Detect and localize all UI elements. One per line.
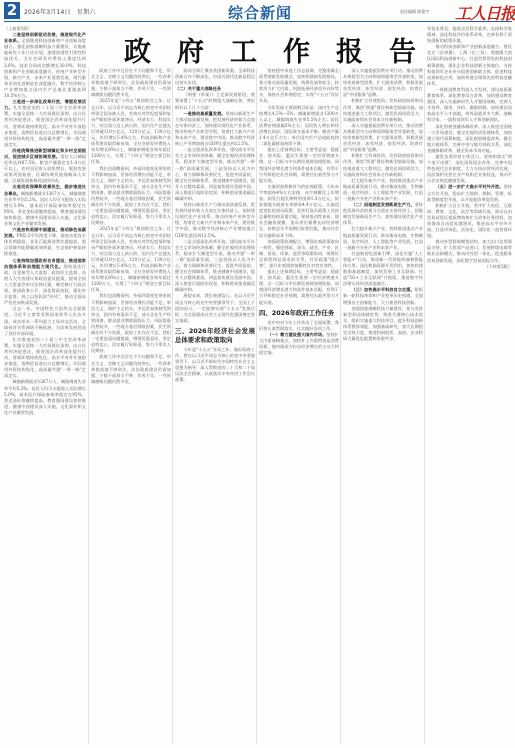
paragraph: 六是加快美丽中国建设，推动绿色低碳发展。PM2.5平均浓度下降，地表水优良水体比…	[4, 227, 86, 257]
paragraph: 推动外贸稳规模优结构，加大出口信用保险支持，扩大优质产品进口，发展跨境电商等新业…	[427, 239, 512, 263]
publication-date: 2026年3月14日 星期六	[24, 7, 96, 16]
section-heading: 四、2026年政府工作任务	[259, 309, 339, 318]
headline-char: 工	[230, 30, 257, 69]
continued-on-marker: （下转第3版）	[427, 264, 512, 270]
paragraph-text: 坚持依法行政，自觉接受人大监督、政协民主监督，办理人大代表建议和政协委员提案，提…	[4, 264, 86, 306]
paragraph: 加强政策协调配合，增强宏观政策取向一致性，强化财政、货币、就业、产业、区域、贸易…	[259, 239, 339, 269]
headline-char: 作	[283, 30, 310, 69]
section-heading: 三、2026年经济社会发展总体要求和政策取向	[175, 327, 255, 345]
column-divider	[256, 68, 257, 744]
paragraph: 实施更加积极有为的宏观政策。今年赤字率拟按4%左右安排，赤字规模比上年增加，拟发…	[259, 184, 339, 239]
headline-char: 告	[389, 30, 416, 69]
paragraph: 二是全面深化改革开放，建设高水平社会主义市场经济体制，健全宏观经济治理体系，稳步…	[175, 239, 255, 294]
article-column-4: 坚持稳中求进工作总基调，完整准确全面贯彻新发展理念，加快构建新发展格局，着力推动…	[259, 68, 339, 746]
paragraph: 提出上述预期目标，主要考虑是：稳就业、防风险、惠民生需要一定经济增速支撑，这一目…	[259, 269, 339, 306]
paragraph: （二）因地制宜发展新质生产力。坚持把发展经济的着力点放在实体经济上，因地制宜发展…	[343, 202, 423, 226]
paragraph: 导技术普及，提高全民科学素养。弘扬科学家精神，深化科技评价体系改革，完善有利于原…	[427, 26, 512, 44]
paragraph: 三是进一步深化改革开放，增强发展活力。扎实推进党的二十届三中全会改革部署，实施全…	[4, 99, 86, 148]
headline-char: 府	[177, 30, 204, 69]
paragraph: 二是坚持创新驱动发展，推进现代化产业体系。全面推进科技创新和产业创新深度融合，强…	[4, 32, 86, 99]
paragraph: 坚持稳中求进工作总基调，完整准确全面贯彻新发展理念，加快构建新发展格局，着力推动…	[259, 68, 339, 105]
paragraph: 二是全面深化改革开放，建设高水平社会主义市场经济体制，健全宏观经济治理体系，稳步…	[175, 147, 255, 202]
paragraph: 一体推进教育科技人才发展。建设高质量教育体系，深化教育综合改革，加快建设教育强国…	[427, 87, 512, 124]
masthead-divider	[4, 21, 512, 22]
paragraph: 壮大提升新兴产业，持续推进重点产业链高质量发展行动，推动集成电路、生物制造、低空…	[343, 178, 423, 202]
paragraph: 《纲要（草案）》立足新发展阶段，统筹部署了"十五五"时期重大战略任务，突出抓好以…	[175, 92, 255, 110]
paragraph: 激发各类经营主体活力。坚持和落实"两个毫不动摇"，深化国资国企改革，完善中国特色…	[427, 154, 512, 184]
paragraph: 提出上述预期目标，主要考虑是：稳就业、防风险、惠民生需要一定经济增速支撑，这一目…	[259, 147, 339, 184]
paragraph: 推动科技创新和产业创新深度融合。建设北京（京津冀）、上海（长三角）、粤港澳大湾区…	[427, 44, 512, 87]
paragraph: 城镇新增就业1267万人，城镇调查失业率平均5.2%。居民人均可支配收入实际增长…	[4, 379, 86, 416]
paragraph: 坚持以新质生产力推动高质量发展，把发展经济的着力点放在实体经济上，加快建设现代化…	[175, 202, 255, 239]
paragraph: 深化财税金融体制改革。深入推进全国统一大市场建设，健全宏观经济治理体系，加快建立…	[427, 124, 512, 154]
paragraph: 壮大提升新兴产业，持续推进重点产业链高质量发展行动，推动集成电路、生物制造、低空…	[343, 226, 423, 250]
paragraph: 深入实施提振消费专项行动。推动消费从物质型为主向物质和服务型并重转变，加快培育新…	[343, 123, 423, 153]
column-divider	[88, 68, 89, 744]
paragraph: 党中央对今年工作作出了全面部署，我们要认真贯彻落实，扎实做好各项工作。	[259, 320, 339, 332]
paragraph: 今年是"十五五"开局之年。做好政府工作，要在以习近平同志为核心的党中央坚强领导下…	[175, 347, 255, 384]
paragraph: 2025年是"十四五"规划收官之年。过去五年，以习近平同志为核心的党中央团结带领…	[91, 98, 171, 165]
paragraph-lead: （三）加快高水平科技自立自强。	[351, 287, 414, 292]
paragraph-text: 坚持以新质生产力推动高质量发展，把发展经济的着力点放在实体经济上，加快建设现代化…	[175, 111, 255, 146]
paragraph: 打造数智化创新引擎，深化实施"人工智能+"行动，推进新一代智能终端和智能体应用，…	[343, 251, 423, 288]
paragraph: 深入实施提振消费专项行动。推动消费从物质型为主向物质和服务型并重转变，加快培育新…	[343, 68, 423, 98]
paragraph: 加强国家战略科技力量建设，充分发挥新型举国体制优势，推进关键核心技术攻关，组织实…	[343, 306, 423, 343]
section-title: 综合新闻	[228, 2, 292, 23]
editor-credit: 责任编辑 陈俊宇	[400, 9, 429, 15]
column-divider	[424, 68, 425, 744]
page-number: 2	[4, 2, 20, 19]
paragraph: 积极扩大自主开放，有序扩大电信、互联网、教育、文化、医疗等领域开放，推动自由贸易…	[427, 203, 512, 240]
article-column-2: 政府工作中还存在不少问题和不足，形式主义、官僚主义问题仍较突出，一些改革举措落地…	[91, 68, 171, 746]
paragraph: 扎实推进党的二十届三中全会改革部署，实施全国统一大市场建设条例，出台民营经济促进…	[4, 337, 86, 380]
paragraph-lead: （二）因地制宜发展新质生产力。	[351, 202, 414, 207]
article-column-1: （上接第1版） 二是坚持创新驱动发展，推进现代化产业体系。全面推进科技创新和产业…	[4, 26, 86, 746]
article-column-5: 深入实施提振消费专项行动。推动消费从物质型为主向物质和服务型并重转变，加快培育新…	[343, 68, 423, 746]
paragraph: 我们也清醒看到，外部环境变化带来的不利影响加深，世界经济增长动能不足，单边主义、…	[91, 293, 171, 354]
paragraph: （三）加快高水平科技自立自强。抢抓新一轮科技革命和产业变革历史机遇，全面增强自主…	[343, 287, 423, 305]
paragraph-text: 全面推进科技创新和产业创新深度融合，强化国家战略科技力量建设，实施基础研究十年行…	[4, 38, 86, 98]
paragraph: 政府工作中还存在不少问题和不足，形式主义、官僚主义问题仍较突出，一些改革举措落地…	[91, 68, 171, 98]
paragraph: 展望未来，我们充满信心。在以习近平同志为核心的党中央坚强领导下，全国上下团结奋斗…	[175, 293, 255, 323]
paragraph-lead: （一）着力建设强大国内市场。	[267, 332, 326, 337]
paragraph: 五是切实保障和改善民生，稳步推进社会事业。城镇新增就业1267万人，城镇调查失业…	[4, 184, 86, 227]
paragraph: 过去一年，中国特色大国外交全面推进，习近平主席等党和国家领导人出访多国，成功举办…	[4, 306, 86, 336]
paragraph: 面向全球汇聚各类创新资源，全球科技创新合作不断深化，中国式现代化新征程迈出坚实步…	[175, 68, 255, 86]
column-divider	[172, 68, 173, 744]
page-headline: 政 府 工 作 报 告	[124, 30, 416, 69]
paragraph: （一）着力建设强大国内市场。坚持扩大内需战略基点，加快补上内需特别是消费短板，使…	[259, 332, 339, 356]
paragraph: 积极扩大有效投资。发挥政府投资带动作用，聚焦"两重"建设和新型基础设施，加快推进…	[343, 98, 423, 122]
paragraph-text: PM2.5平均浓度下降，地表水优良水体比例提高，非化石能源消费比重提高，重点领域…	[4, 233, 86, 256]
masthead: 2 2026年3月14日 星期六 综合新闻 责任编辑 陈俊宇 工人日报	[0, 0, 515, 22]
paragraph: 四是统筹推进新型城镇化和乡村全面振兴，促进城乡区域协调发展。常住人口城镇化率达到…	[4, 148, 86, 185]
column-divider	[340, 68, 341, 744]
headline-char: 报	[336, 30, 363, 69]
paragraph: 一是推动高质量发展。坚持以新质生产力推动高质量发展，把发展经济的着力点放在实体经…	[175, 111, 255, 148]
paragraph-text: 扎实推进党的二十届三中全会改革部署，实施全国统一大市场建设条例，出台民营经济促进…	[4, 105, 86, 147]
paragraph-lead: 一是推动高质量发展。	[183, 111, 225, 116]
paragraph: 2025年是"十四五"规划收官之年。过去五年，以习近平同志为核心的党中央团结带领…	[91, 226, 171, 293]
paragraph: 今年发展主要预期目标是：国内生产总值增长4.5%—5%；城镇新增就业1200万人…	[259, 105, 339, 148]
paragraph: 政府工作中还存在不少问题和不足，形式主义、官僚主义问题仍较突出，一些改革举措落地…	[91, 354, 171, 384]
paragraph: 七是持续加强政府自身建设，推进国家治理体系和治理能力现代化。坚持依法行政，自觉接…	[4, 258, 86, 307]
paragraph-lead: （五）进一步扩大高水平对外开放。	[435, 184, 503, 189]
headline-char: 政	[124, 30, 151, 69]
article-column-6: 导技术普及，提高全民科学素养。弘扬科学家精神，深化科技评价体系改革，完善有利于原…	[427, 26, 512, 746]
paragraph: 积极扩大有效投资。发挥政府投资带动作用，聚焦"两重"建设和新型基础设施，加快推进…	[343, 153, 423, 177]
paragraph: （五）进一步扩大高水平对外开放。坚持全方位开放，稳步扩大规则、规制、管理、标准等…	[427, 184, 512, 202]
paragraph: 我们也清醒看到，外部环境变化带来的不利影响加深，世界经济增长动能不足，单边主义、…	[91, 166, 171, 227]
paragraph-text: 城镇新增就业1267万人，城镇调查失业率平均5.2%。居民人均可支配收入实际增长…	[4, 191, 86, 226]
article-column-3: 面向全球汇聚各类创新资源，全球科技创新合作不断深化，中国式现代化新征程迈出坚实步…	[175, 68, 255, 746]
